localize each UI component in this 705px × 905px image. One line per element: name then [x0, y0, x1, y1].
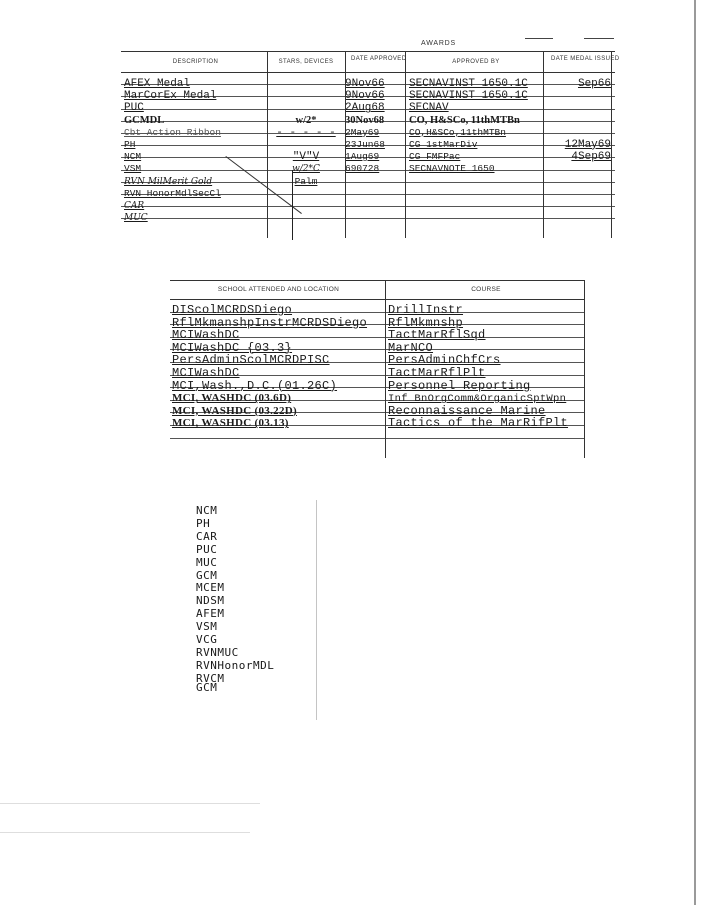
top-mark — [525, 38, 553, 39]
abbreviation-item: PH — [196, 518, 274, 531]
award-approved-by: SECNAVINST 1650.1C — [407, 85, 545, 96]
faint-rule — [0, 803, 260, 804]
col-header-stars-devices: STARS, DEVICES — [267, 52, 345, 72]
col-header-course: COURSE — [386, 281, 584, 293]
award-row: MarCorEx Medal9Nov66SECNAVINST 1650.1C — [121, 85, 615, 97]
award-approved-by — [407, 183, 545, 194]
award-row: VSMw/2*C690728SECNAVNOTE 1650 — [121, 158, 615, 170]
award-row: Cbt Action Ribbon- - - - -2May69CO,H&SCo… — [121, 122, 615, 134]
award-row: CAR — [121, 195, 615, 207]
faint-rule — [0, 832, 250, 833]
award-description: VSM — [121, 158, 270, 169]
award-stars-devices: w/2* — [267, 110, 345, 121]
award-stars-devices — [267, 97, 345, 108]
award-description: AFEX Medal — [121, 73, 270, 84]
abbreviation-item: NCM — [196, 505, 274, 518]
abbreviation-item: CAR — [196, 531, 274, 544]
award-stars-devices — [267, 207, 345, 218]
award-description: MUC — [121, 207, 270, 218]
award-approved-by: CO,H&SCo,11thMTBn — [407, 122, 545, 133]
award-row: PUC2Aug68SECNAV — [121, 97, 615, 109]
award-date-issued — [543, 171, 613, 182]
school-row: MCI, WASHDC (03.22D)Reconnaissance Marin… — [170, 401, 584, 414]
award-approved-by: SECNAVNOTE 1650 — [407, 158, 545, 169]
award-date-approved: 2May69 — [345, 122, 407, 133]
award-stars-devices — [267, 134, 345, 145]
award-description: GCMDL — [121, 110, 270, 121]
col-header-school-location: SCHOOL ATTENDED AND LOCATION — [172, 281, 385, 293]
award-stars-devices — [267, 85, 345, 96]
award-description: NCM — [121, 146, 270, 157]
school-row — [170, 426, 584, 439]
abbreviation-item: RVNHonorMDL — [196, 660, 274, 673]
awards-divider — [405, 51, 406, 238]
award-approved-by: SECNAV — [407, 97, 545, 108]
arrow-line — [292, 170, 293, 240]
awards-grid: DESCRIPTION STARS, DEVICES DATE APPROVED… — [121, 51, 615, 219]
school-row: MCI, WASHDC (03.13)Tactics of the MarRif… — [170, 413, 584, 426]
col-header-description: DESCRIPTION — [121, 52, 267, 72]
awards-divider — [345, 51, 346, 238]
award-description: MarCorEx Medal — [121, 85, 270, 96]
school-row: MCIWashDC {03.3}MarNCO — [170, 338, 584, 351]
school-header-row: SCHOOL ATTENDED AND LOCATION COURSE — [170, 281, 584, 300]
top-mark — [584, 38, 614, 39]
school-row: PersAdminScolMCRDPISCPersAdminChfCrs — [170, 350, 584, 363]
school-table: SCHOOL ATTENDED AND LOCATION COURSE DISc… — [170, 280, 584, 439]
award-date-approved — [345, 207, 407, 218]
award-row: RVN MilMerit GoldPalm — [121, 171, 615, 183]
award-approved-by: CO, H&SCo, 11thMTBn — [407, 110, 545, 121]
award-date-issued — [543, 110, 613, 121]
award-description: PUC — [121, 97, 270, 108]
award-date-approved: 9Nov66 — [345, 73, 407, 84]
col-header-date-medal-issued: DATE MEDAL ISSUED — [543, 52, 611, 72]
award-date-issued — [543, 85, 613, 96]
award-date-approved: 690728 — [345, 158, 407, 169]
school-row: RflMkmanshpInstrMCRDSDiegoRflMkmnshp — [170, 313, 584, 326]
award-description-text: MUC — [124, 213, 148, 223]
awards-divider — [611, 51, 612, 238]
award-abbreviation-list: NCMPHCARPUCMUCGCMMCEMNDSMAFEMVSMVCGRVNMU… — [196, 505, 274, 695]
awards-divider — [267, 51, 268, 238]
award-row: MUC — [121, 207, 615, 219]
award-approved-by — [407, 207, 545, 218]
award-row: NCM"V"V1Aug69CG FMFPac4Sep69 — [121, 146, 615, 158]
award-date-approved: 1Aug69 — [345, 146, 407, 157]
award-row: AFEX Medal9Nov66SECNAVINST 1650.1CSep66 — [121, 73, 615, 85]
award-row: RVN HonorMdlSecCl — [121, 183, 615, 195]
award-approved-by — [407, 195, 545, 206]
col-header-date-approved: DATE APPROVED — [345, 52, 407, 72]
awards-header-row: DESCRIPTION STARS, DEVICES DATE APPROVED… — [121, 52, 615, 73]
award-date-approved: 2Aug68 — [345, 97, 407, 108]
col-header-approved-by: APPROVED BY — [407, 52, 543, 72]
school-row: MCI,Wash.,D.C.(01.26C)Personnel Reportin… — [170, 376, 584, 389]
award-description: PH — [121, 134, 270, 145]
award-date-issued — [543, 207, 613, 218]
award-stars-devices: w/2*C — [267, 158, 345, 169]
school-row: MCIWashDCTactMarRflSqd — [170, 325, 584, 338]
award-date-approved: 30Nov68 — [345, 110, 407, 121]
award-date-issued: 4Sep69 — [543, 146, 613, 157]
award-stars-devices — [267, 73, 345, 84]
award-date-issued: Sep66 — [543, 73, 613, 84]
award-stars-devices: - - - - - — [267, 122, 345, 133]
award-description: Cbt Action Ribbon — [121, 122, 270, 133]
award-date-approved — [345, 183, 407, 194]
award-stars-devices: "V"V — [267, 146, 345, 157]
award-date-approved — [345, 171, 407, 182]
awards-divider — [543, 51, 544, 238]
award-description: CAR — [121, 195, 270, 206]
award-description: RVN HonorMdlSecCl — [121, 183, 270, 194]
award-date-issued — [543, 195, 613, 206]
list-divider — [316, 500, 317, 720]
award-date-issued — [543, 183, 613, 194]
abbreviation-item: MUC — [196, 557, 274, 570]
school-divider — [385, 280, 386, 458]
award-approved-by: SECNAVINST 1650.1C — [407, 73, 545, 84]
award-row: GCMDLw/2*30Nov68CO, H&SCo, 11thMTBn — [121, 110, 615, 122]
page-edge — [694, 0, 696, 905]
award-approved-by: CG 1stMarDiv — [407, 134, 545, 145]
school-row: DIScolMCRDSDiegoDrillInstr — [170, 300, 584, 313]
award-date-issued — [543, 158, 613, 169]
award-date-approved: 9Nov66 — [345, 85, 407, 96]
award-date-approved: 23Jun68 — [345, 134, 407, 145]
abbreviation-item: RVNMUC — [196, 647, 274, 660]
award-stars-devices — [267, 183, 345, 194]
abbreviation-item: GCM — [196, 682, 274, 695]
award-approved-by: CG FMFPac — [407, 146, 545, 157]
award-stars-devices: Palm — [267, 171, 345, 182]
award-date-issued — [543, 97, 613, 108]
school-divider — [584, 280, 585, 458]
awards-title: AWARDS — [421, 40, 456, 47]
award-date-issued — [543, 122, 613, 133]
award-date-issued: 12May69 — [543, 134, 613, 145]
award-approved-by — [407, 171, 545, 182]
award-date-approved — [345, 195, 407, 206]
school-row: MCI, WASHDC (03.6D)Inf BnOrgComm&Organic… — [170, 388, 584, 401]
award-row: PH23Jun68CG 1stMarDiv12May69 — [121, 134, 615, 146]
school-row: MCIWashDCTactMarRflPlt — [170, 363, 584, 376]
abbreviation-item: PUC — [196, 544, 274, 557]
